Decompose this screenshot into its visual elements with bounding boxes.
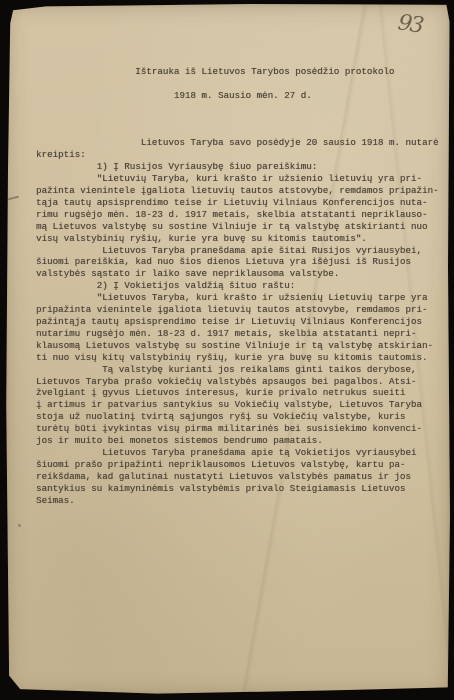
pencil-dot-mark bbox=[18, 524, 21, 527]
document-line: pažintąja tautų apsisprendimo teise ir L… bbox=[36, 316, 448, 328]
document-line: valstybės sąstato ir laiko save neprikla… bbox=[36, 268, 448, 280]
document-line: 1) Į Rusijos Vyriausybę šiuo pareiškimu: bbox=[36, 161, 448, 173]
document-line bbox=[36, 78, 448, 90]
document-line: žvelgiant į gyvus Lietuvos interesus, ku… bbox=[36, 387, 448, 399]
document-line: šiuomi pareiškia, kad nuo šios dienos Li… bbox=[36, 256, 448, 268]
document-line: pripažinta vienintele įgaliota lietuvių … bbox=[36, 304, 448, 316]
pencil-dash-mark bbox=[8, 196, 19, 200]
document-line: stoja už nuolatinį tvirtą sąjungos ryšį … bbox=[36, 411, 448, 423]
document-line: 2) Į Vokietijos valdžią šituo raštu: bbox=[36, 280, 448, 292]
document-line: Lietuvos Taryba savo posėdyje 20 sausio … bbox=[36, 137, 448, 149]
document-date: 1918 m. Sausio mėn. 27 d. bbox=[36, 90, 448, 102]
document-line: Lietuvos Taryba pranešdama apie šitai Ru… bbox=[36, 245, 448, 257]
document-line: reikšdama, kad galutinai nustatyti Lietu… bbox=[36, 471, 448, 483]
document-line: Tą valstybę kurianti jos reikalams ginti… bbox=[36, 364, 448, 376]
document-line: rimu rugsėjo mėn. 18-23 d. 1917 metais, … bbox=[36, 209, 448, 221]
paper-sheet: 93 Ištrauka iš Lietuvos Tarybos posėdžio… bbox=[6, 4, 450, 695]
document-line: į artimus ir patvarius santykius su Voki… bbox=[36, 399, 448, 411]
document-line: ti nuo visų kitų valstybinių ryšių, kuri… bbox=[36, 352, 448, 364]
document-line: "Lietuvos Taryba, kuri krašto ir užsieni… bbox=[36, 292, 448, 304]
document-line: mą Lietuvos valstybę su sostine Vilniuje… bbox=[36, 221, 448, 233]
document-line: Seimas. bbox=[36, 495, 448, 507]
photo-backdrop: 93 Ištrauka iš Lietuvos Tarybos posėdžio… bbox=[0, 0, 454, 700]
document-line: jos ir muito bei monetos sistemos bendru… bbox=[36, 435, 448, 447]
document-line: Lietuvos Taryba prašo vokiečių valstybės… bbox=[36, 376, 448, 388]
document-line: "Lietuvių Taryba, kuri krašto ir užsieni… bbox=[36, 173, 448, 185]
document-line: tąja tautų apsisprendimo teise ir Lietuv… bbox=[36, 197, 448, 209]
document-line: visų valstybinių ryšių, kurie yra buvę s… bbox=[36, 233, 448, 245]
document-line: klausomą Lietuvos valstybę su sostine Vi… bbox=[36, 340, 448, 352]
document-line: nutarimu rugsėjo mėn. 18-23 d. 1917 meta… bbox=[36, 328, 448, 340]
page-number-annotation: 93 bbox=[396, 10, 424, 38]
typewritten-text-block: Ištrauka iš Lietuvos Tarybos posėdžio pr… bbox=[36, 66, 448, 506]
document-line bbox=[36, 114, 448, 126]
document-line: pažinta vienintele įgaliota lietuvių tau… bbox=[36, 185, 448, 197]
document-line: turėtų būti įvykintas visų pirma militar… bbox=[36, 423, 448, 435]
document-line bbox=[36, 125, 448, 137]
document-line: santykius su kaimyninėmis valstybėmis pr… bbox=[36, 483, 448, 495]
document-line: Lietuvos Taryba pranešdama apie tą Vokie… bbox=[36, 447, 448, 459]
document-line: šiuomi prašo pripažinti nepriklausomos L… bbox=[36, 459, 448, 471]
document-line bbox=[36, 102, 448, 114]
document-line: kreiptis: bbox=[36, 149, 448, 161]
document-title: Ištrauka iš Lietuvos Tarybos posėdžio pr… bbox=[36, 66, 448, 78]
